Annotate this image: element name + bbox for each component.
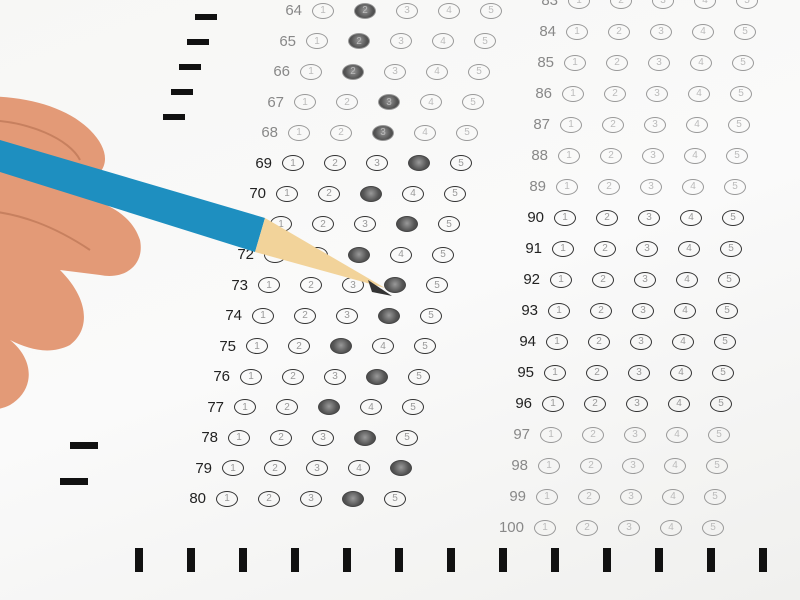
pencil	[0, 0, 800, 600]
